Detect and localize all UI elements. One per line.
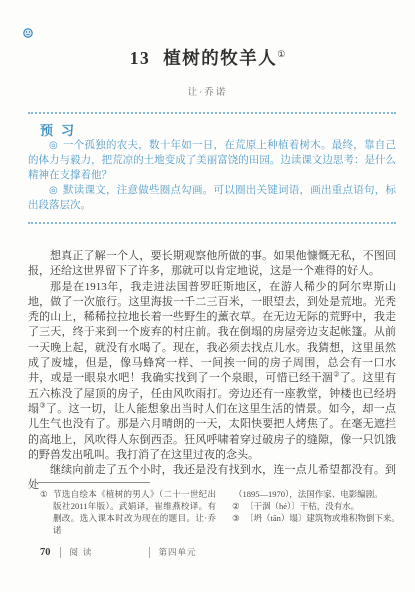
footnote-marker: ② — [232, 500, 240, 512]
dotted-divider-bottom — [28, 222, 396, 224]
circle-bullet-icon: ◎ — [49, 140, 58, 151]
footnote-marker: ③ — [232, 512, 240, 524]
lesson-title-text: 植树的牧羊人 — [163, 48, 277, 68]
body-paragraph: 想真正了解一个人，要长期观察他所做的事。如果他慷慨无私，不图回报，还给这世界留下… — [28, 249, 396, 280]
author-name: 让·乔诺 — [0, 84, 415, 98]
lesson-number: 13 — [130, 48, 151, 68]
footnote-ref: ③ — [39, 401, 46, 409]
footnote-entry: ③〔坍（tān）塌〕建筑物或堆积物倒下来。 — [232, 512, 400, 524]
preview-section-label: 预习 — [40, 120, 82, 139]
footnote-column: ①节选自绘本《植树的男人》（二十一世纪出版社2011年版）。武娟译，崔维燕校译。… — [40, 488, 216, 536]
preview-item: ◎一个孤独的农夫，数十年如一日，在荒原上种植着树木。最终，靠自己的体力与毅力，把… — [28, 138, 396, 183]
smiley-badge-icon — [23, 25, 33, 35]
footnote-divider — [38, 482, 150, 483]
footnote-entry: （1895—1970），法国作家、电影编剧。 — [232, 488, 400, 500]
footer-section: 阅读 — [70, 546, 97, 558]
title-footnote-ref: ① — [277, 49, 285, 59]
dotted-divider-top — [28, 112, 396, 114]
footer-divider — [60, 547, 61, 558]
footnote-column: （1895—1970），法国作家、电影编剧。②〔干涸（hé）〕干枯，没有水。③〔… — [232, 488, 400, 536]
body-paragraph: 那是在1913年，我走进法国普罗旺斯地区，在游人稀少的阿尔卑斯山地，做了一次旅行… — [28, 280, 396, 464]
body-paragraphs: 想真正了解一个人，要长期观察他所做的事。如果他慷慨无私，不图回报，还给这世界留下… — [28, 249, 396, 494]
footnote-entry: ②〔干涸（hé）〕干枯，没有水。 — [232, 500, 400, 512]
page-footer: 70 阅读 第四单元 — [40, 546, 197, 558]
footer-divider — [149, 547, 150, 558]
footnote-marker: ① — [40, 488, 48, 500]
preview-item: ◎默读课文，注意做些圈点勾画。可以圈出关键词语，画出重点语句，标出段落层次。 — [28, 183, 396, 213]
footnote-ref: ② — [333, 371, 340, 379]
footnote-entry: ①节选自绘本《植树的男人》（二十一世纪出版社2011年版）。武娟译，崔维燕校译。… — [40, 488, 216, 536]
page-number: 70 — [40, 547, 51, 558]
textbook-page: 13植树的牧羊人① 让·乔诺 预习 ◎一个孤独的农夫，数十年如一日，在荒原上种植… — [0, 0, 415, 592]
preview-items: ◎一个孤独的农夫，数十年如一日，在荒原上种植着树木。最终，靠自己的体力与毅力，把… — [28, 138, 396, 213]
footnotes: ①节选自绘本《植树的男人》（二十一世纪出版社2011年版）。武娟译，崔维燕校译。… — [40, 488, 400, 536]
circle-bullet-icon: ◎ — [49, 185, 58, 196]
lesson-title: 13植树的牧羊人① — [0, 45, 415, 70]
footer-unit: 第四单元 — [159, 546, 197, 558]
